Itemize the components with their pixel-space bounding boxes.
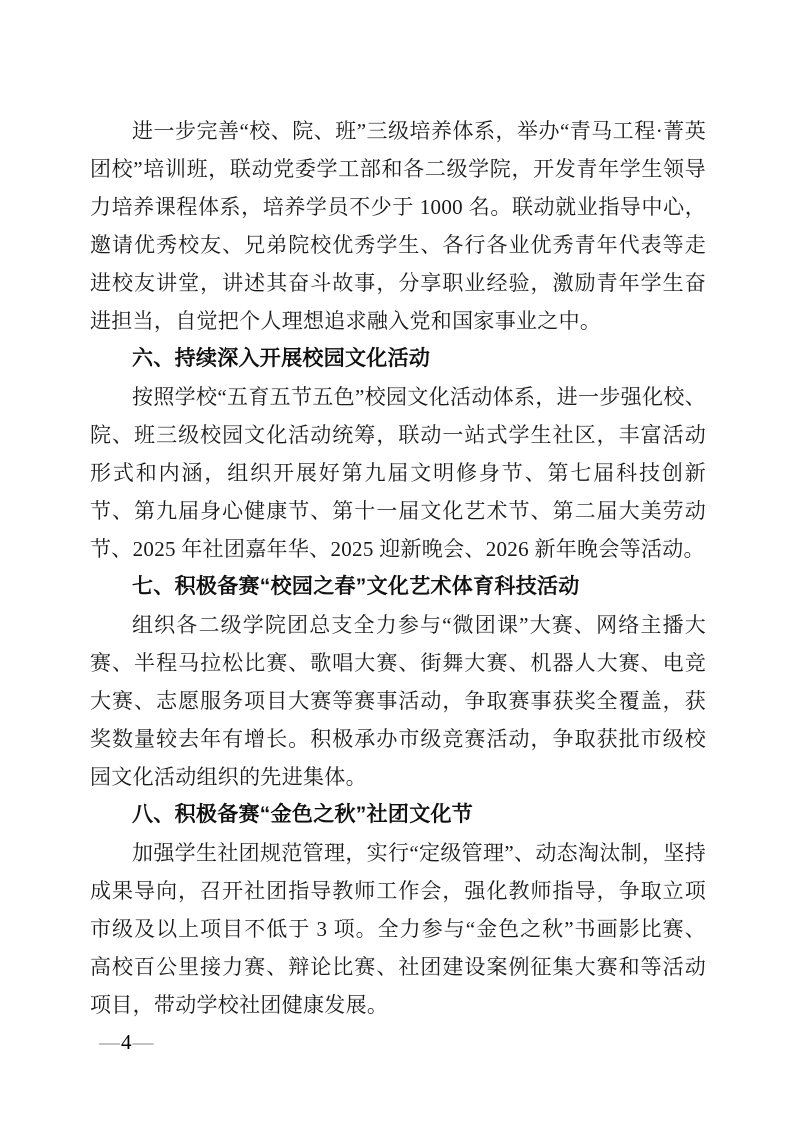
document-page: 进一步完善“校、院、班”三级培养体系，举办“青马工程·菁英团校”培训班，联动党委…: [0, 0, 793, 1122]
page-number: 4: [120, 1030, 133, 1054]
section-heading-7: 七、积极备赛“校园之春”文化艺术体育科技活动: [90, 568, 706, 606]
paragraph-continuation: 进一步完善“校、院、班”三级培养体系，举办“青马工程·菁英团校”培训班，联动党委…: [90, 112, 706, 340]
section-heading-8: 八、积极备赛“金色之秋”社团文化节: [90, 796, 706, 834]
paragraph-section-8: 加强学生社团规范管理，实行“定级管理”、动态淘汰制，坚持成果导向，召开社团指导教…: [90, 834, 706, 1024]
footer-dash-left: —: [99, 1030, 120, 1054]
paragraph-section-6: 按照学校“五育五节五色”校园文化活动体系，进一步强化校、院、班三级校园文化活动统…: [90, 378, 706, 568]
footer-dash-right: —: [133, 1030, 154, 1054]
page-footer: —4—: [99, 1029, 154, 1055]
section-heading-6: 六、持续深入开展校园文化活动: [90, 340, 706, 378]
paragraph-section-7: 组织各二级学院团总支全力参与“微团课”大赛、网络主播大赛、半程马拉松比赛、歌唱大…: [90, 606, 706, 796]
document-body: 进一步完善“校、院、班”三级培养体系，举办“青马工程·菁英团校”培训班，联动党委…: [90, 112, 706, 1024]
